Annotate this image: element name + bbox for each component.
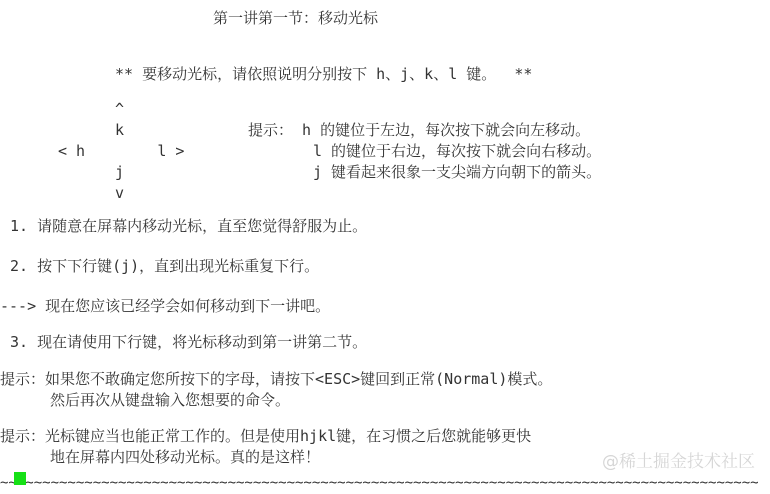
diagram-tip-l: l 的键位于右边，每次按下就会向右移动。 <box>313 141 601 162</box>
diagram-down-arrow: v <box>115 183 124 204</box>
diagram-key-k: k <box>115 120 124 141</box>
diagram-tip-h: 提示： h 的键位于左边，每次按下就会向左移动。 <box>248 120 590 141</box>
terminal-screen[interactable]: 第一讲第一节：移动光标 ** 要移动光标，请依照说明分别按下 h、j、k、l 键… <box>0 0 770 494</box>
hint-esc-line-1: 提示：如果您不敢确定您所按下的字母，请按下<ESC>键回到正常(Normal)模… <box>0 369 552 390</box>
diagram-left-right-row: < h l > <box>58 141 184 162</box>
diagram-tip-j: j 键看起来很象一支尖端方向朝下的箭头。 <box>313 162 601 183</box>
lesson-title: 第一讲第一节：移动光标 <box>213 8 378 29</box>
lesson-intro: ** 要移动光标，请依照说明分别按下 h、j、k、l 键。 ** <box>115 64 532 85</box>
hint-hjkl-line-1: 提示：光标键应当也能正常工作的。但是使用hjkl键，在习惯之后您就能够更快 <box>0 426 531 447</box>
terminal-cursor <box>14 472 26 485</box>
diagram-up-arrow: ^ <box>115 99 124 120</box>
step-1: 1. 请随意在屏幕内移动光标，直至您觉得舒服为止。 <box>10 216 367 237</box>
watermark-text: @稀土掘金技术社区 <box>602 452 755 473</box>
arrow-note-line: ---> 现在您应该已经学会如何移动到下一讲吧。 <box>0 296 330 317</box>
hint-hjkl-line-2: 地在屏幕内四处移动光标。真的是这样！ <box>50 447 320 468</box>
tilde-separator-line: ~~~~~~~~~~~~~~~~~~~~~~~~~~~~~~~~~~~~~~~~… <box>0 473 759 494</box>
step-2: 2. 按下下行键(j)，直到出现光标重复下行。 <box>10 256 319 277</box>
hint-esc-line-2: 然后再次从键盘输入您想要的命令。 <box>50 390 290 411</box>
step-3: 3. 现在请使用下行键，将光标移动到第一讲第二节。 <box>10 332 367 353</box>
diagram-key-j: j <box>115 162 124 183</box>
